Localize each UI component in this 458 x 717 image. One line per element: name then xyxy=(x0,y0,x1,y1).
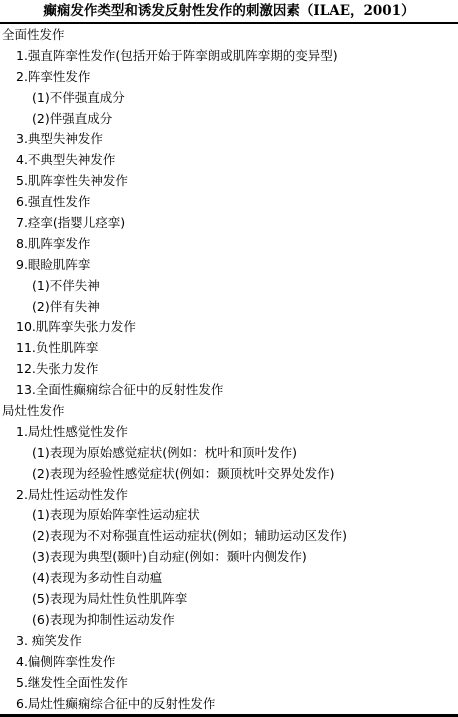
list-subitem: (1)不伴失神 xyxy=(0,275,458,296)
list-item: 2.局灶性运动性发作 xyxy=(0,484,458,505)
list-subitem: (6)表现为抑制性运动发作 xyxy=(0,609,458,630)
list-item: 2.阵挛性发作 xyxy=(0,66,458,87)
list-item: 5.继发性全面性发作 xyxy=(0,672,458,693)
list-subitem: (3)表现为典型(颞叶)自动症(例如：颞叶内侧发作) xyxy=(0,546,458,567)
list-item: 10.肌阵挛失张力发作 xyxy=(0,316,458,337)
list-subitem: (1)不伴强直成分 xyxy=(0,87,458,108)
list-subitem: (1)表现为原始阵挛性运动症状 xyxy=(0,504,458,525)
list-item: 7.痉挛(指婴儿痉挛) xyxy=(0,212,458,233)
seizure-type-list: 全面性发作 1.强直阵挛性发作(包括开始于阵挛朗或肌阵挛期的变异型) 2.阵挛性… xyxy=(0,24,458,713)
table-title: 癫痫发作类型和诱发反射性发作的刺激因素（ILAE，2001） xyxy=(0,1,458,21)
list-item: 6.局灶性癫痫综合征中的反射性发作 xyxy=(0,693,458,714)
list-item: 6.强直性发作 xyxy=(0,191,458,212)
list-item: 12.失张力发作 xyxy=(0,358,458,379)
list-item: 13.全面性癫痫综合征中的反射性发作 xyxy=(0,379,458,400)
list-item: 3. 痴笑发作 xyxy=(0,630,458,651)
list-item: 5.肌阵挛性失神发作 xyxy=(0,170,458,191)
list-subitem: (1)表现为原始感觉症状(例如：枕叶和顶叶发作) xyxy=(0,442,458,463)
list-subitem: (2)伴有失神 xyxy=(0,296,458,317)
section-heading-generalized: 全面性发作 xyxy=(0,24,458,45)
list-subitem: (2)表现为经验性感觉症状(例如：颞顶枕叶交界处发作) xyxy=(0,463,458,484)
list-subitem: (2)表现为不对称强直性运动症状(例如；辅助运动区发作) xyxy=(0,525,458,546)
section-heading-focal: 局灶性发作 xyxy=(0,400,458,421)
list-item: 8.肌阵挛发作 xyxy=(0,233,458,254)
list-subitem: (2)伴强直成分 xyxy=(0,108,458,129)
list-item: 9.眼睑肌阵挛 xyxy=(0,254,458,275)
list-subitem: (4)表现为多动性自动瘟 xyxy=(0,567,458,588)
list-item: 1.强直阵挛性发作(包括开始于阵挛朗或肌阵挛期的变异型) xyxy=(0,45,458,66)
list-item: 4.不典型失神发作 xyxy=(0,149,458,170)
list-item: 3.典型失神发作 xyxy=(0,128,458,149)
list-item: 11.负性肌阵挛 xyxy=(0,337,458,358)
list-subitem: (5)表现为局灶性负性肌阵挛 xyxy=(0,588,458,609)
list-item: 4.偏侧阵挛性发作 xyxy=(0,651,458,672)
list-item: 1.局灶性感觉性发作 xyxy=(0,421,458,442)
